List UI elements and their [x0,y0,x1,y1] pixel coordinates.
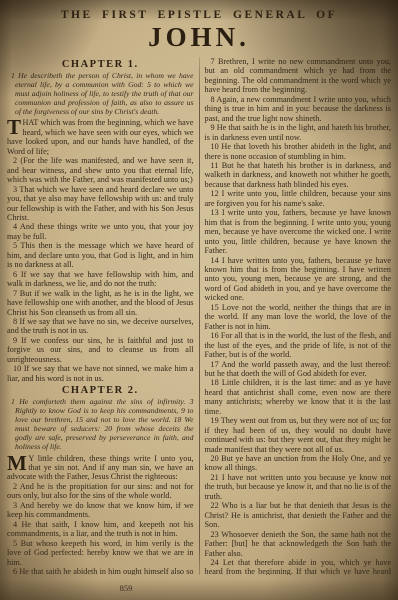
chapter-2-verses: MY little children, these things write I… [7,454,194,575]
verse: 21 I have not written unto you because y… [205,473,392,501]
verse: 22 Who is a liar but he that denieth tha… [205,501,392,529]
verse: 20 But ye have an unction from the Holy … [205,454,392,473]
verse: 5 But whoso keepeth his word, in him ver… [7,539,194,567]
drop-cap: T [7,118,23,136]
verse: 6 He that saith he abideth in him ought … [7,567,194,575]
right-column: 7 Brethren, I write no new commandment u… [200,57,392,575]
verse: 12 I write unto you, little children, be… [205,189,392,208]
verse: 10 He that loveth his brother abideth in… [205,142,392,161]
verse: 15 Love not the world, neither the thing… [205,303,392,331]
chapter-2-summary: 1 He comforteth them against the sins of… [7,398,194,451]
verse: 5 This then is the message which we have… [7,241,194,269]
chapter-1-summary: 1 He describeth the person of Christ, in… [7,72,194,117]
chapter-1-heading: CHAPTER 1. [7,60,194,69]
chapter-2-verses-continued: 7 Brethren, I write no new commandment u… [205,57,392,575]
verse: 11 But he that hateth his brother is in … [205,161,392,189]
verse: 9 If we confess our sins, he is faithful… [7,336,194,364]
verse: 16 For all that is in the world, the lus… [205,331,392,359]
verse: 7 Brethren, I write no new commandment u… [205,57,392,95]
bible-page: THE FIRST EPISTLE GENERAL OF JOHN. CHAPT… [0,0,398,600]
verse: 19 They went out from us, but they were … [205,416,392,454]
epistle-header: THE FIRST EPISTLE GENERAL OF [0,9,398,21]
left-column: CHAPTER 1. 1 He describeth the person of… [7,57,199,575]
chapter-1-verses: THAT which was from the beginning, which… [7,118,194,383]
page-header: THE FIRST EPISTLE GENERAL OF JOHN. [0,0,398,53]
verse: 17 And the world passeth away, and the l… [205,360,392,379]
chapter-2-heading: CHAPTER 2. [7,386,194,395]
drop-cap: M [7,454,28,472]
book-page-photo: THE FIRST EPISTLE GENERAL OF JOHN. CHAPT… [0,0,398,600]
verse: 24 Let that therefore abide in you, whic… [205,558,392,575]
verse: 3 That which we have seen and heard decl… [7,185,194,223]
verse: 4 He that saith, I know him, and keepeth… [7,520,194,539]
verse: 9 He that saith he is in the light, and … [205,123,392,142]
verse: 3 And hereby we do know that we know him… [7,501,194,520]
verse: 2 And he is the propitiation for our sin… [7,482,194,501]
verse: MY little children, these things write I… [7,454,194,482]
verse: 8 Again, a new commandment I write unto … [205,95,392,123]
verse: 6 If we say that we have fellowship with… [7,270,194,289]
verse: 23 Whosoever denieth the Son, the same h… [205,530,392,558]
verse: 10 If we say that we have not sinned, we… [7,364,194,383]
verse: THAT which was from the beginning, which… [7,118,194,156]
text-columns: CHAPTER 1. 1 He describeth the person of… [0,53,398,575]
verse: 4 And these things write we unto you, th… [7,222,194,241]
verse: 14 I have written unto you, fathers, bec… [205,256,392,303]
verse: 18 Little children, it is the last time:… [205,378,392,416]
verse: 8 If we say that we have no sin, we dece… [7,317,194,336]
verse: 2 (For the life was manifested, and we h… [7,156,194,184]
verse: 13 I write unto you, fathers, because ye… [205,208,392,255]
page-number: 859 [96,583,156,593]
book-title: JOHN. [0,22,398,53]
verse: 7 But if we walk in the light, as he is … [7,289,194,317]
